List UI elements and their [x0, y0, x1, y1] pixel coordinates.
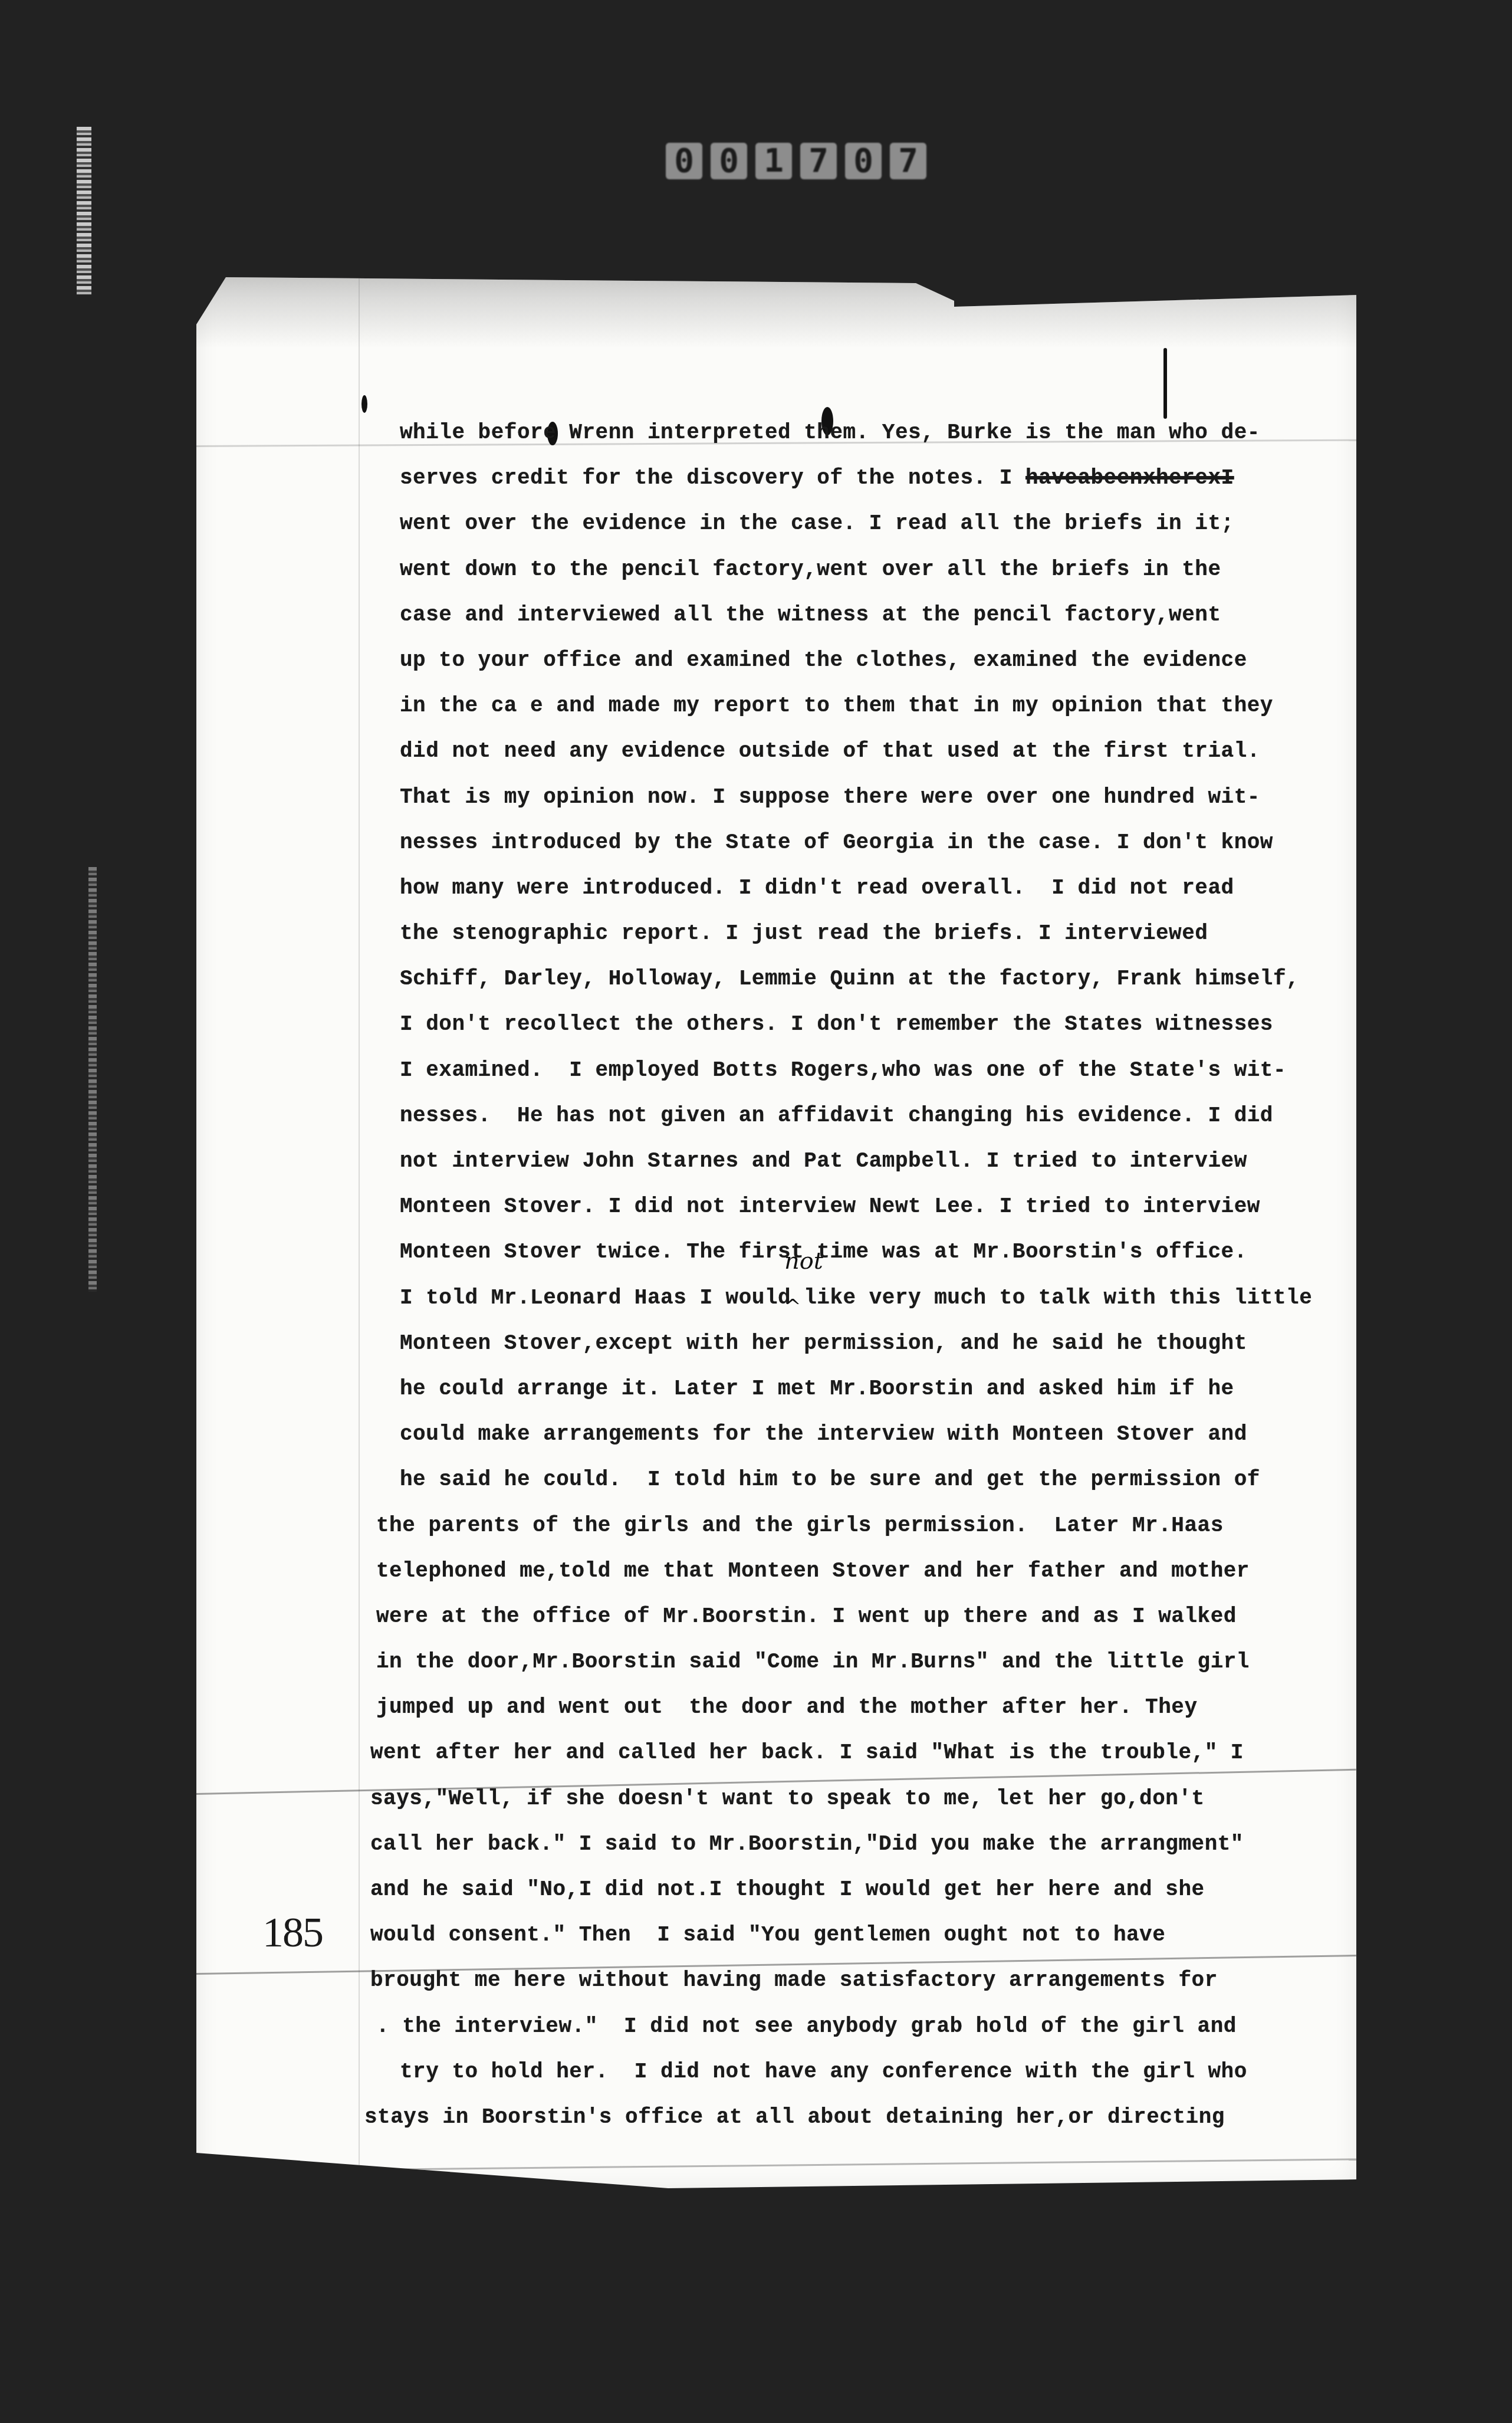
- typewritten-body: while before Wrenn interpreted them. Yes…: [400, 410, 1361, 2140]
- text-line: did not need any evidence outside of tha…: [400, 728, 1361, 774]
- handwritten-insertion: not: [784, 1247, 823, 1275]
- frame-digit: 0: [666, 143, 702, 179]
- text-line: were at the office of Mr.Boorstin. I wen…: [376, 1594, 1361, 1639]
- text-line: . the interview." I did not see anybody …: [376, 2004, 1361, 2049]
- text-line: jumped up and went out the door and the …: [376, 1685, 1361, 1730]
- text-line: I examined. I employed Botts Rogers,who …: [400, 1048, 1361, 1093]
- film-edge-perforation-lower: [88, 867, 97, 1292]
- ruled-line: [196, 2158, 1356, 2172]
- text-line: Schiff, Darley, Holloway, Lemmie Quinn a…: [400, 956, 1361, 1002]
- text-line: not interview John Starnes and Pat Campb…: [400, 1138, 1361, 1184]
- page-number: 185: [262, 1908, 323, 1957]
- text-line: nesses introduced by the State of Georgi…: [400, 820, 1361, 865]
- text-line: in the door,Mr.Boorstin said "Come in Mr…: [376, 1639, 1361, 1685]
- ink-blot: [1163, 348, 1167, 419]
- text-line: would consent." Then I said "You gentlem…: [370, 1912, 1361, 1958]
- text-segment: serves credit for the discovery of the n…: [400, 466, 1025, 490]
- film-edge-perforation: [77, 127, 91, 295]
- text-line: stays in Boorstin's office at all about …: [364, 2094, 1361, 2140]
- typewritten-page: 185 while before Wrenn interpreted them.…: [196, 277, 1356, 2188]
- text-line: went over the evidence in the case. I re…: [400, 501, 1361, 546]
- text-line: nesses. He has not given an affidavit ch…: [400, 1093, 1361, 1138]
- insertion-caret-mark: ^: [784, 1295, 801, 1318]
- frame-digit: 0: [711, 143, 747, 179]
- text-line: while before Wrenn interpreted them. Yes…: [400, 410, 1361, 455]
- text-line: he could arrange it. Later I met Mr.Boor…: [400, 1366, 1361, 1411]
- frame-digit: 7: [890, 143, 926, 179]
- left-margin-rule: [359, 277, 360, 2188]
- text-line: says,"Well, if she doesn't want to speak…: [370, 1776, 1361, 1821]
- text-line: case and interviewed all the witness at …: [400, 592, 1361, 638]
- text-line: and he said "No,I did not.I thought I wo…: [370, 1867, 1361, 1912]
- text-line: serves credit for the discovery of the n…: [400, 455, 1361, 501]
- text-line: went down to the pencil factory,went ove…: [400, 547, 1361, 592]
- text-line: That is my opinion now. I suppose there …: [400, 774, 1361, 820]
- struck-through-text: haveabeenxherexI: [1025, 466, 1234, 490]
- text-line: Monteen Stover,except with her permissio…: [400, 1321, 1361, 1366]
- text-line: he said he could. I told him to be sure …: [400, 1457, 1361, 1502]
- text-line: I told Mr.Leonard Haas I would like very…: [400, 1275, 1361, 1321]
- text-line: Monteen Stover. I did not interview Newt…: [400, 1184, 1361, 1229]
- text-line: brought me here without having made sati…: [370, 1958, 1361, 2003]
- text-line: the stenographic report. I just read the…: [400, 911, 1361, 956]
- ink-blot: [361, 395, 367, 413]
- frame-digit: 0: [845, 143, 882, 179]
- frame-digit: 1: [755, 143, 792, 179]
- text-line: Monteen Stover twice. The first time was…: [400, 1229, 1361, 1275]
- text-line: the parents of the girls and the girls p…: [376, 1503, 1361, 1548]
- text-line: could make arrangements for the intervie…: [400, 1411, 1361, 1457]
- text-line: try to hold her. I did not have any conf…: [400, 2049, 1361, 2094]
- text-line: up to your office and examined the cloth…: [400, 638, 1361, 683]
- microfilm-frame-number: 0 0 1 7 0 7: [655, 140, 938, 182]
- text-line: how many were introduced. I didn't read …: [400, 865, 1361, 911]
- text-line: in the ca e and made my report to them t…: [400, 683, 1361, 728]
- text-line: went after her and called her back. I sa…: [370, 1730, 1361, 1775]
- frame-digit: 7: [800, 143, 837, 179]
- text-line: telephoned me,told me that Monteen Stove…: [376, 1548, 1361, 1594]
- text-line: I don't recollect the others. I don't re…: [400, 1002, 1361, 1047]
- text-line: call her back." I said to Mr.Boorstin,"D…: [370, 1821, 1361, 1867]
